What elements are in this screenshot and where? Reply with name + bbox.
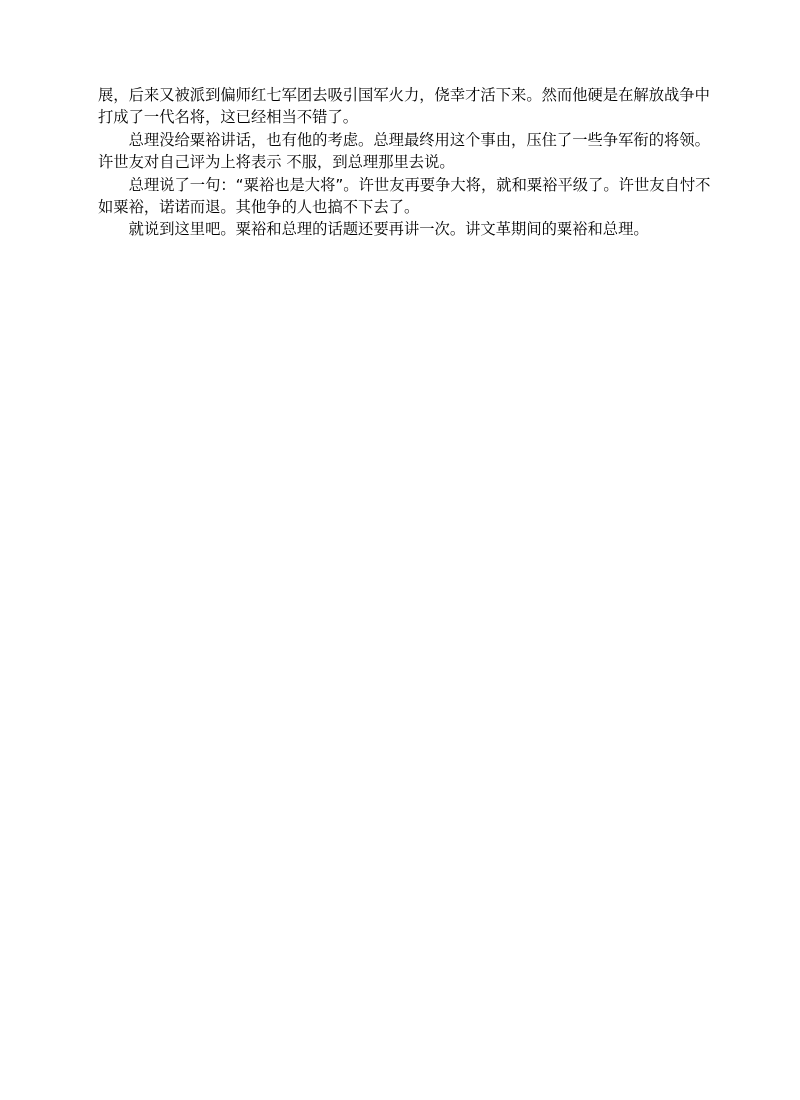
paragraph: 就说到这里吧。粟裕和总理的话题还要再讲一次。讲文革期间的粟裕和总理。 [98, 218, 716, 240]
paragraph: 总理没给粟裕讲话，也有他的考虑。总理最终用这个事由，压住了一些争军衔的将领。许世… [98, 129, 716, 174]
document-text-block: 展，后来又被派到偏师红七军团去吸引国军火力，侥幸才活下来。然而他硬是在解放战争中… [98, 84, 716, 241]
paragraph: 总理说了一句：“粟裕也是大将”。许世友再要争大将，就和粟裕平级了。许世友自忖不如… [98, 174, 716, 219]
paragraph-continuation: 展，后来又被派到偏师红七军团去吸引国军火力，侥幸才活下来。然而他硬是在解放战争中… [98, 84, 716, 129]
document-page: 展，后来又被派到偏师红七军团去吸引国军火力，侥幸才活下来。然而他硬是在解放战争中… [0, 0, 800, 1100]
